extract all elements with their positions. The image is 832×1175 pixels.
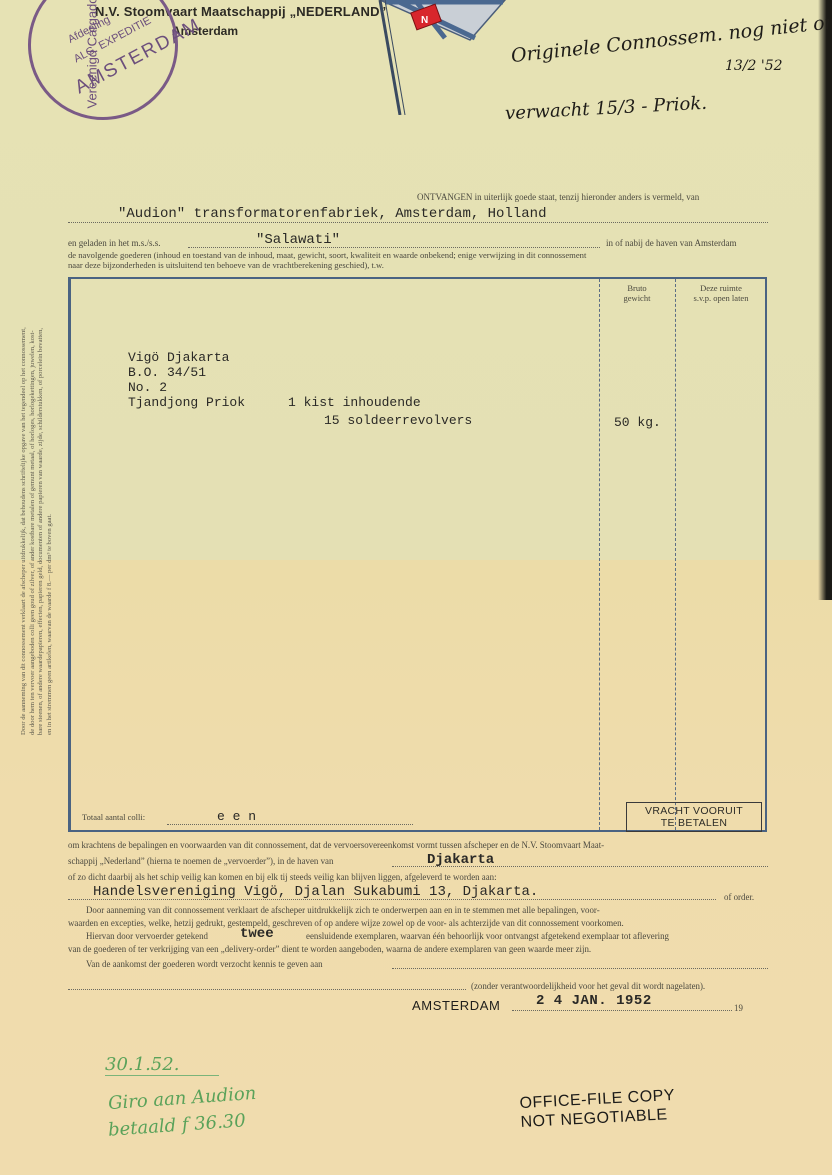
year-prefix: 19 — [734, 1001, 743, 1015]
freight-prepaid-stamp: VRACHT VOORUIT TE BETALEN — [626, 802, 762, 832]
column-divider-space — [675, 279, 676, 830]
port-text: in of nabij de haven van Amsterdam — [606, 238, 736, 248]
vessel-line — [188, 247, 600, 248]
copies-count: twee — [240, 926, 274, 942]
terms-paragraph-4: Van de aankomst der goederen wordt verzo… — [86, 957, 323, 971]
column-header-weight: Bruto gewicht — [599, 283, 675, 303]
received-intro: ONTVANGEN in uiterlijk goede staat, tenz… — [417, 192, 699, 202]
goods-line: B.O. 34/51 — [128, 365, 245, 380]
goods-line: Vigö Djakarta — [128, 350, 245, 365]
column-header-space: Deze ruimte s.v.p. open laten — [675, 283, 767, 303]
goods-clause-2: naar deze bijzonderheden is uitsluitend … — [68, 260, 384, 270]
total-colli-label: Totaal aantal colli: — [82, 812, 145, 822]
notify-line-2 — [68, 989, 466, 990]
office-file-copy-stamp: OFFICE-FILE COPY NOT NEGOTIABLE — [519, 1086, 676, 1132]
column-divider-weight — [599, 279, 600, 830]
date-line — [512, 1010, 732, 1011]
notify-line-1 — [392, 968, 768, 969]
terms-paragraph-3a: Hiervan door vervoerder getekend — [86, 929, 208, 943]
terms-paragraph-1a: om krachtens de bepalingen en voorwaarde… — [68, 838, 604, 852]
terms-paragraph-3b: eensluidende exemplaren, waarvan één beh… — [306, 929, 669, 943]
or-order-label: of order. — [724, 890, 754, 904]
terms-paragraph-5: (zonder verantwoordelijkheid voor het ge… — [471, 979, 705, 993]
vessel-value: "Salawati" — [256, 232, 340, 248]
side-disclaimer: Door de aanneming van dit connossement v… — [20, 115, 54, 735]
consignee-value: Handelsvereniging Vigö, Djalan Sukabumi … — [93, 884, 538, 900]
destination-port: Djakarta — [427, 852, 494, 868]
goods-line: Tjandjong Priok — [128, 395, 245, 410]
green-note-date: 30.1.52. — [105, 1054, 219, 1076]
terms-paragraph-2a: Door aanneming van dit connossement verk… — [86, 903, 600, 917]
place-stamp: AMSTERDAM — [412, 998, 500, 1013]
goods-clause-1: de navolgende goederen (inhoud en toesta… — [68, 250, 586, 260]
company-flag-icon: N — [375, 0, 510, 115]
goods-quantity: 1 kist inhoudende — [288, 395, 421, 410]
goods-table: Bruto gewicht Deze ruimte s.v.p. open la… — [68, 277, 767, 832]
terms-paragraph-1b: schappij „Nederland” (hierna te noemen d… — [68, 854, 333, 868]
terms-paragraph-2b: waarden en excepties, welke, hetzij gedr… — [68, 916, 624, 930]
total-colli-line — [167, 824, 413, 825]
shipper-value: "Audion" transformatorenfabriek, Amsterd… — [118, 206, 546, 222]
handwritten-note-1-date: 13/2 '52 — [725, 58, 783, 74]
goods-marks: Vigö Djakarta B.O. 34/51 No. 2 Tjandjong… — [128, 350, 245, 410]
goods-contents: 15 soldeerrevolvers — [324, 413, 472, 428]
scan-edge-shadow — [818, 0, 832, 600]
shipper-line — [68, 222, 768, 223]
total-colli-value: e e n — [217, 809, 256, 824]
terms-paragraph-3c: van de goederen of ter verkrijging van e… — [68, 942, 591, 956]
goods-weight: 50 kg. — [614, 415, 661, 430]
date-stamp: 2 4 JAN. 1952 — [536, 993, 652, 1009]
svg-text:N: N — [421, 15, 428, 26]
terms-paragraph-1c: of zo dicht daarbij als het schip veilig… — [68, 870, 497, 884]
loaded-label: en geladen in het m.s./s.s. — [68, 238, 160, 248]
goods-line: No. 2 — [128, 380, 245, 395]
